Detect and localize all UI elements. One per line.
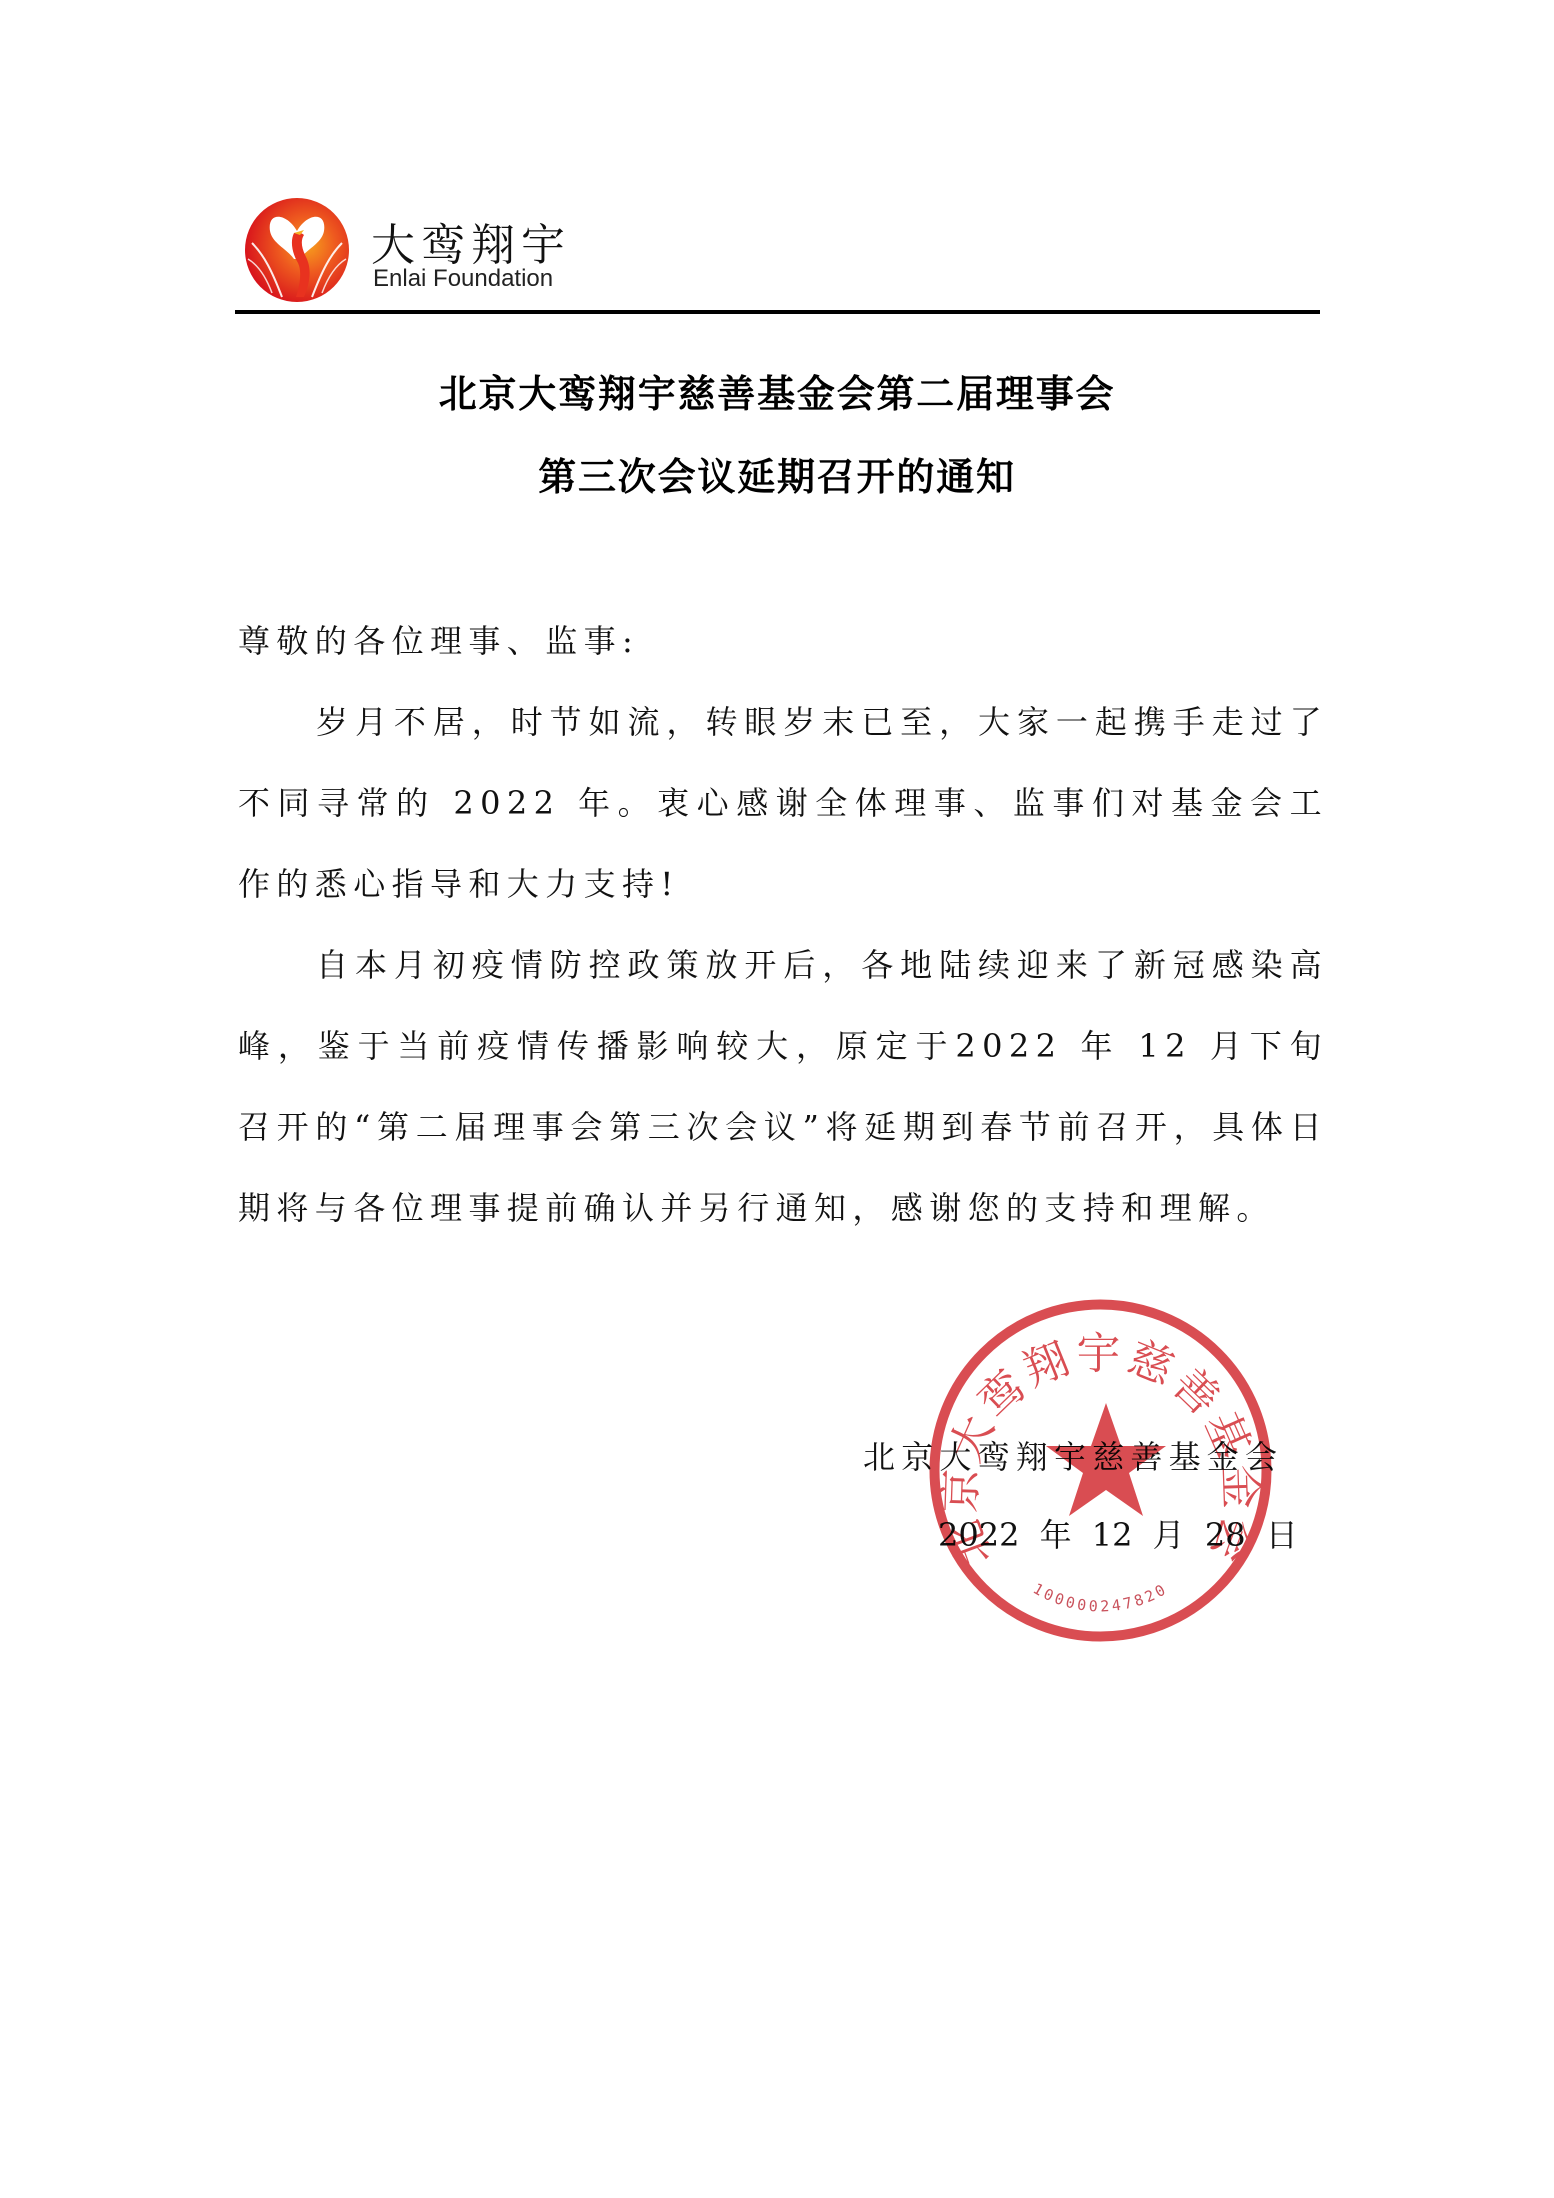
star-icon: [1046, 1403, 1166, 1516]
notice-title-line-2: 第三次会议延期召开的通知: [0, 455, 1554, 499]
body-paragraph-1: 岁月不居，时节如流，转眼岁末已至，大家一起携手走过了不同寻常的 2022 年。衷…: [238, 682, 1328, 925]
seal-number: 100000247820: [1030, 1579, 1171, 1615]
foundation-logo-emblem: [242, 193, 352, 303]
seal-graphic: 北京大鸾翔宇慈善基金会 100000247820: [928, 1298, 1273, 1643]
notice-title-line-1: 北京大鸾翔宇慈善基金会第二届理事会: [0, 372, 1554, 416]
foundation-name-english: Enlai Foundation: [373, 265, 553, 293]
foundation-name-chinese: 大鸾翔宇: [371, 222, 571, 270]
salutation: 尊敬的各位理事、监事:: [238, 601, 1328, 682]
body-paragraph-2: 自本月初疫情防控政策放开后，各地陆续迎来了新冠感染高峰，鉴于当前疫情传播影响较大…: [238, 925, 1328, 1249]
phoenix-heart-icon: [242, 193, 352, 303]
official-seal: 北京大鸾翔宇慈善基金会 100000247820: [928, 1298, 1273, 1643]
letterhead-divider: [235, 310, 1320, 314]
